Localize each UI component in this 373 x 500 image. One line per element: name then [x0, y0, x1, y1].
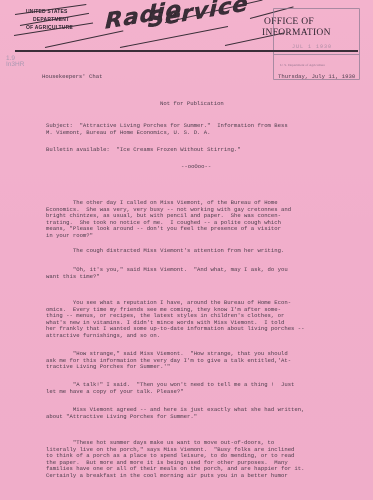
document-page: UNITED STATES DEPARTMENT OF AGRICULTURE …	[0, 0, 373, 500]
text-line: want this time?"	[46, 274, 288, 281]
paragraph-4: You see what a reputation I have, around…	[46, 300, 304, 340]
text-line: about "Attractive Living Porches for Sum…	[46, 414, 304, 421]
paragraph-5: "How strange," said Miss Viemont. "How s…	[46, 351, 291, 371]
paragraph-3: "Oh, it's you," said Miss Viemont. "And …	[46, 267, 288, 280]
text-line: Certainly a breakfast in the cool mornin…	[46, 473, 304, 480]
usda-line-3: OF AGRICULTURE	[26, 24, 73, 32]
stamp-department: U. S. Department of Agriculture	[280, 63, 325, 67]
paragraph-7: Miss Viemont agreed -- and here is just …	[46, 407, 304, 420]
paragraph-8: "These hot summer days make us want to m…	[46, 440, 304, 480]
paragraph-6: "A talk!" I said. "Then you won't need t…	[46, 382, 294, 395]
text-line: tractive Living Porches for Summer.'"	[46, 364, 291, 371]
text-line: let me have a copy of your talk. Please?…	[46, 389, 294, 396]
paragraph-1: The other day I called on Miss Viemont, …	[46, 200, 291, 240]
series-title: Housekeepers' Chat	[42, 74, 102, 81]
call-number: 1.9 In3HR	[6, 56, 24, 68]
bulletin-available: Bulletin available: "Ice Creams Frozen W…	[46, 147, 241, 154]
paragraph-2: The cough distracted Miss Viemont's atte…	[46, 248, 284, 255]
masthead: UNITED STATES DEPARTMENT OF AGRICULTURE …	[0, 0, 373, 56]
broadcast-date: Thursday, July 11, 1930	[278, 74, 355, 81]
text-line: The cough distracted Miss Viemont's atte…	[46, 248, 284, 255]
masthead-rule	[15, 50, 358, 52]
subject-block: Subject: "Attractive Living Porches for …	[46, 123, 288, 136]
lightning-streak-icon	[120, 26, 228, 48]
text-line: attractive furnishings, and so on.	[46, 333, 304, 340]
section-separator: --ooOoo--	[181, 164, 211, 171]
call-number-line-2: In3HR	[6, 62, 24, 68]
not-for-publication-notice: Not for Publication	[160, 101, 224, 108]
received-stamp: JUL 1 1930 U. S. Department of Agricultu…	[273, 8, 360, 80]
subject-line-2: M. Viemont, Bureau of Home Economics, U.…	[46, 130, 288, 137]
text-line: in your room?"	[46, 233, 291, 240]
logo-word-service: Service	[148, 0, 249, 33]
stamp-divider	[274, 54, 359, 55]
